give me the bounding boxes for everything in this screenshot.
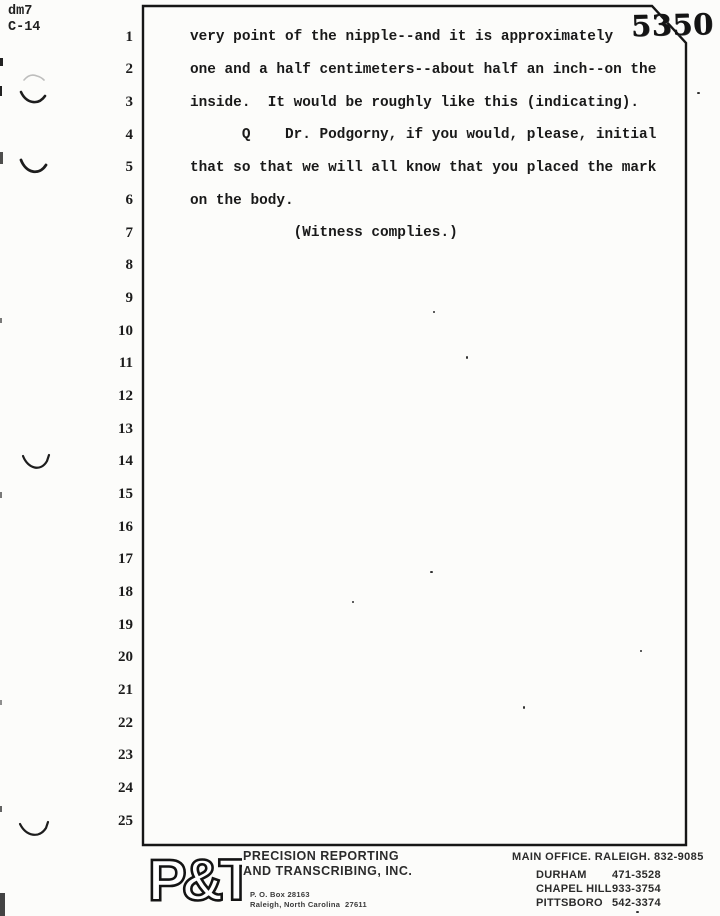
scan-speck	[433, 311, 435, 313]
office-phone-row: PITTSBORO 542-3374	[536, 896, 661, 910]
scan-speck	[640, 650, 642, 652]
transcript-line-row: 10	[100, 315, 680, 348]
line-number: 20	[100, 649, 133, 666]
scan-speck	[523, 706, 525, 709]
line-text: Q Dr. Podgorny, if you would, please, in…	[133, 127, 656, 143]
transcript-line-row: 23	[100, 739, 680, 772]
main-office-line: MAIN OFFICE. RALEIGH. 832-9085	[512, 851, 704, 863]
line-number: 18	[100, 584, 133, 601]
office-phone-list: DURHAM 471-3528 CHAPEL HILL 933-3754 PIT…	[536, 868, 661, 911]
scan-speck	[352, 601, 354, 603]
binder-arc-1	[21, 92, 45, 102]
transcript-line-row: 19	[100, 609, 680, 642]
line-number: 3	[100, 94, 133, 111]
transcript-line-row: 14	[100, 446, 680, 479]
transcript-line-row: 16	[100, 511, 680, 544]
transcript-lines: 1 very point of the nipple--and it is ap…	[100, 21, 680, 837]
transcript-line-row: 24	[100, 772, 680, 805]
line-text: on the body.	[133, 193, 294, 209]
transcript-line-row: 4 Q Dr. Podgorny, if you would, please, …	[100, 119, 680, 152]
office-phone: 933-3754	[612, 882, 661, 896]
company-logo: P&T.	[150, 848, 242, 912]
line-text: one and a half centimeters--about half a…	[133, 62, 656, 78]
line-number: 1	[100, 29, 133, 46]
office-name: CHAPEL HILL	[536, 882, 612, 896]
line-number: 22	[100, 715, 133, 732]
svg-text:P&T.: P&T.	[150, 848, 242, 912]
transcript-line-row: 8	[100, 250, 680, 283]
transcript-line-row: 18	[100, 576, 680, 609]
line-text: very point of the nipple--and it is appr…	[133, 29, 613, 45]
transcript-line-row: 15	[100, 478, 680, 511]
line-number: 15	[100, 486, 133, 503]
transcript-line-row: 6 on the body.	[100, 184, 680, 217]
line-number: 13	[100, 421, 133, 438]
transcript-line-row: 1 very point of the nipple--and it is ap…	[100, 21, 680, 54]
line-number: 14	[100, 453, 133, 470]
line-number: 16	[100, 519, 133, 536]
scan-edge-mark	[0, 700, 2, 705]
scan-edge-mark	[0, 806, 2, 812]
transcript-line-row: 21	[100, 674, 680, 707]
page-number-stamp: 5350	[631, 7, 715, 43]
line-text: (Witness complies.)	[133, 225, 458, 241]
scan-edge-mark	[0, 152, 3, 164]
transcript-line-row: 5 that so that we will all know that you…	[100, 152, 680, 185]
office-phone: 542-3374	[612, 896, 661, 910]
scan-edge-mark	[0, 318, 2, 323]
transcript-line-row: 11	[100, 348, 680, 381]
line-number: 10	[100, 323, 133, 340]
office-phone: 471-3528	[612, 868, 661, 882]
line-number: 23	[100, 747, 133, 764]
office-phone-row: CHAPEL HILL 933-3754	[536, 882, 661, 896]
doc-id: dm7 C-14	[8, 4, 40, 36]
line-number: 25	[100, 813, 133, 830]
scan-speck	[430, 571, 433, 573]
company-name: PRECISION REPORTING AND TRANSCRIBING, IN…	[243, 849, 412, 878]
office-phone-row: DURHAM 471-3528	[536, 868, 661, 882]
transcript-line-row: 2 one and a half centimeters--about half…	[100, 54, 680, 87]
scan-edge-mark	[0, 86, 2, 96]
line-number: 21	[100, 682, 133, 699]
line-number: 6	[100, 192, 133, 209]
line-number: 12	[100, 388, 133, 405]
line-number: 7	[100, 225, 133, 242]
scan-edge-mark	[0, 893, 5, 916]
office-name: PITTSBORO	[536, 896, 612, 910]
line-number: 9	[100, 290, 133, 307]
transcript-line-row: 22	[100, 707, 680, 740]
line-number: 19	[100, 617, 133, 634]
binder-arc-3	[23, 455, 49, 468]
line-number: 4	[100, 127, 133, 144]
transcript-line-row: 7 (Witness complies.)	[100, 217, 680, 250]
scan-speck	[636, 911, 639, 913]
transcript-line-row: 12	[100, 380, 680, 413]
line-number: 5	[100, 159, 133, 176]
transcript-line-row: 25	[100, 805, 680, 838]
line-text: that so that we will all know that you p…	[133, 160, 656, 176]
transcript-line-row: 17	[100, 544, 680, 577]
transcript-line-row: 9	[100, 282, 680, 315]
transcript-line-row: 3 inside. It would be roughly like this …	[100, 86, 680, 119]
binder-arc-2	[21, 160, 46, 172]
transcript-line-row: 13	[100, 413, 680, 446]
line-number: 8	[100, 257, 133, 274]
line-number: 2	[100, 61, 133, 78]
binder-arc-4	[20, 822, 48, 835]
transcript-line-row: 20	[100, 641, 680, 674]
line-number: 17	[100, 551, 133, 568]
line-text: inside. It would be roughly like this (i…	[133, 95, 639, 111]
line-number: 11	[100, 355, 133, 372]
scan-edge-mark	[0, 58, 3, 66]
scan-edge-mark	[0, 492, 2, 498]
pt-logo-icon: P&T.	[150, 848, 242, 912]
company-address: P. O. Box 28163 Raleigh, North Carolina …	[250, 890, 367, 909]
scan-speck	[466, 356, 468, 359]
scan-speck	[697, 92, 700, 94]
line-number: 24	[100, 780, 133, 797]
office-name: DURHAM	[536, 868, 612, 882]
